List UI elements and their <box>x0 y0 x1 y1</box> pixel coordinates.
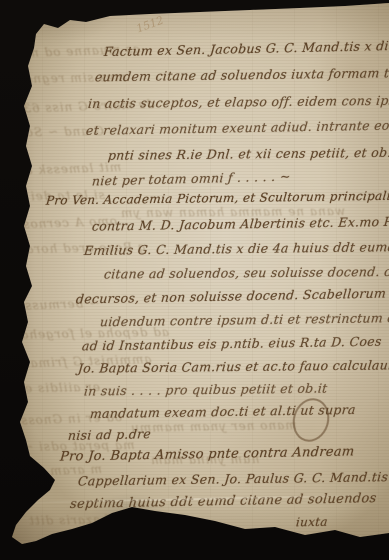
manuscript-line: Cappellarium ex Sen. Jo. Paulus G. C. Ma… <box>77 469 389 489</box>
archival-number-mark: 1512 <box>135 14 166 36</box>
manuscript-line: nisi ad p.dre <box>67 426 151 443</box>
manuscript-line: pnti sines R.ie Dnl. et xii cens petiit,… <box>107 144 389 163</box>
manuscript-line: uidendum contre ipsum d.ti et restrinctu… <box>99 310 389 330</box>
manuscript-line: et relaxari monitum exeunt adiud. intran… <box>85 117 389 138</box>
manuscript-line: decursos, et non soluisse docend. Scabel… <box>75 285 389 307</box>
scan-background: 1512 as muanne od mmes sim regnade mairo… <box>0 0 389 560</box>
manuscript-page: 1512 as muanne od mmes sim regnade mairo… <box>0 0 389 560</box>
manuscript-line: iuxta <box>295 515 328 530</box>
bleedthrough-fragment: mano ner ynam mammu <box>130 418 297 435</box>
manuscript-line: citane ad soluendos, seu soluisse docend… <box>103 264 389 282</box>
manuscript-line: Jo. Bapta Soria Cam.rius et ac.to fauo c… <box>77 357 389 375</box>
manuscript-line: in suis . . . . pro quibus petiit et ob.… <box>83 381 328 399</box>
manuscript-line: in actis suceptos, et elapso off. eidem … <box>87 92 389 111</box>
manuscript-line: eumdem citane ad soluendos iuxta formam … <box>94 65 389 85</box>
manuscript-line: Emilius G. C. Mand.tis x die 4a huius dd… <box>83 239 389 258</box>
bleedthrough-fragment: Es. Lazaris ditt <box>28 512 136 528</box>
manuscript-line: Factum ex Sen. Jacobus G. C. Mand.tis x … <box>103 36 389 59</box>
manuscript-line: niet per totam omni ƒ . . . . . ~ <box>91 169 291 189</box>
